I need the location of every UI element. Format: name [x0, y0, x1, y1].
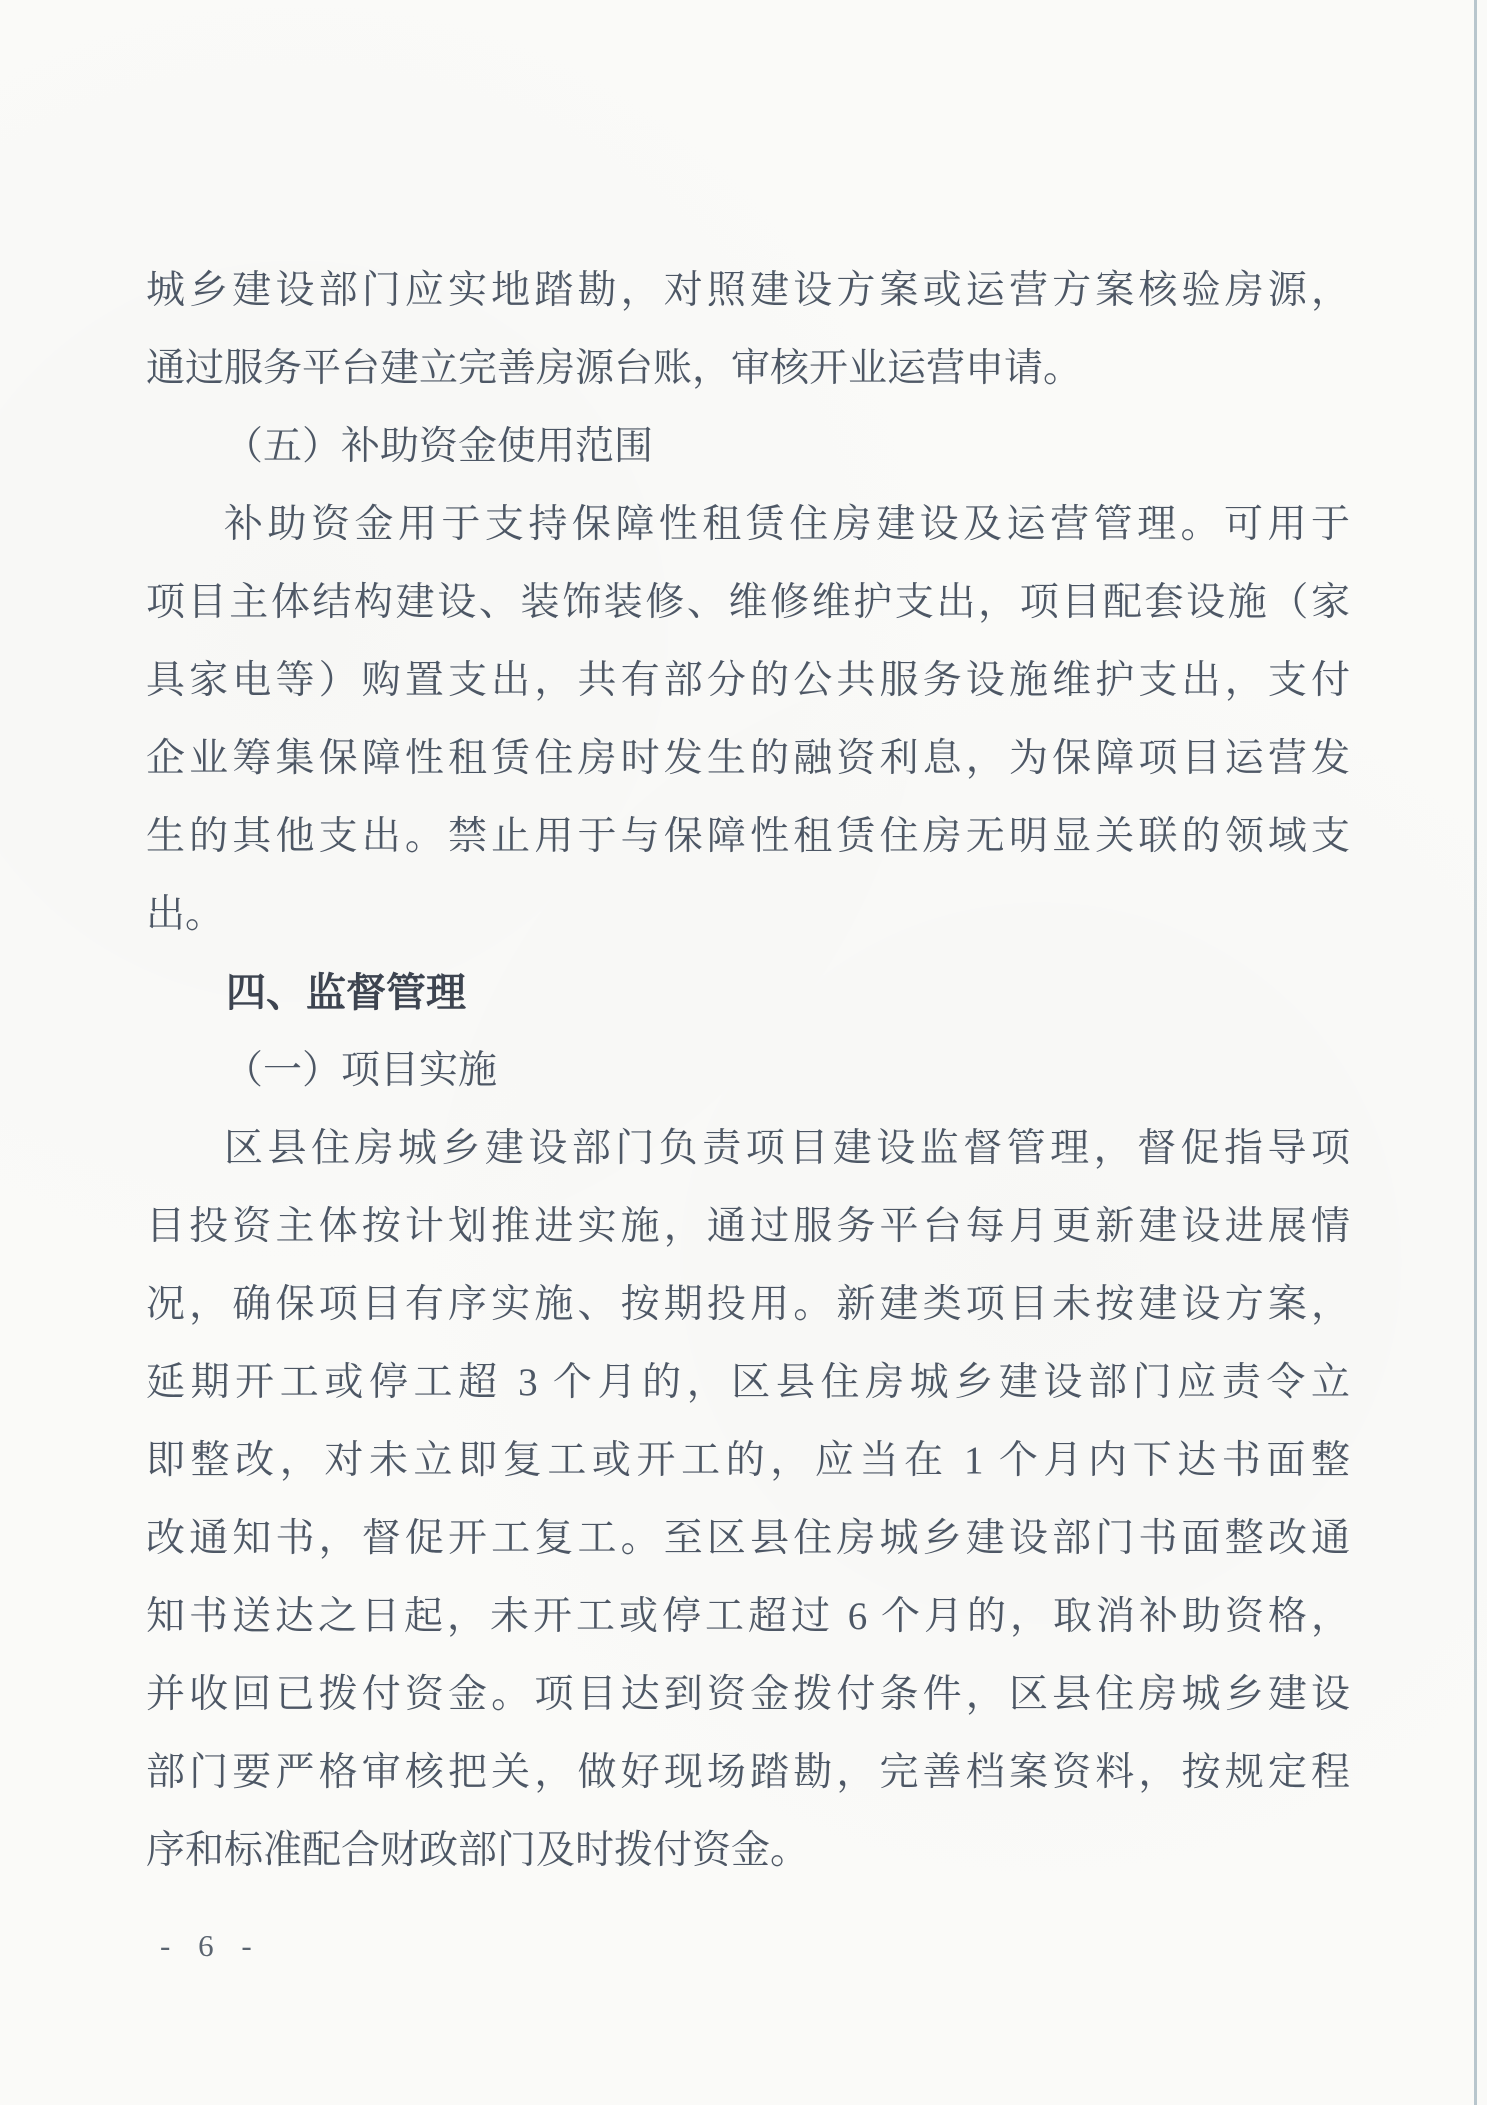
text-line: 项目主体结构建设、装饰装修、维修维护支出，项目配套设施（家 — [146, 564, 1350, 642]
document-text-block: 城乡建设部门应实地踏勘，对照建设方案或运营方案核验房源， 通过服务平台建立完善房… — [146, 252, 1350, 1890]
text-line: 区县住房城乡建设部门负责项目建设监督管理，督促指导项 — [146, 1110, 1350, 1188]
text-line: 目投资主体按计划推进实施，通过服务平台每月更新建设进展情 — [146, 1188, 1350, 1266]
scan-artifact-vertical-line — [1474, 0, 1477, 2105]
text-line: 况，确保项目有序实施、按期投用。新建类项目未按建设方案， — [146, 1266, 1350, 1344]
text-line: 改通知书，督促开工复工。至区县住房城乡建设部门书面整改通 — [146, 1500, 1350, 1578]
page-number: - 6 - — [160, 1928, 262, 1964]
text-line: 序和标准配合财政部门及时拨付资金。 — [146, 1812, 1350, 1890]
text-line: 知书送达之日起，未开工或停工超过 6 个月的，取消补助资格， — [146, 1578, 1350, 1656]
subheading-funding-scope: （五）补助资金使用范围 — [146, 408, 1350, 486]
text-line: 生的其他支出。禁止用于与保障性租赁住房无明显关联的领域支 — [146, 798, 1350, 876]
text-line: 即整改，对未立即复工或开工的，应当在 1 个月内下达书面整 — [146, 1422, 1350, 1500]
text-line: 城乡建设部门应实地踏勘，对照建设方案或运营方案核验房源， — [146, 252, 1350, 330]
subheading-project-implementation: （一）项目实施 — [146, 1032, 1350, 1110]
section-heading-supervision: 四、监督管理 — [146, 954, 1350, 1032]
scanned-document-page: 城乡建设部门应实地踏勘，对照建设方案或运营方案核验房源， 通过服务平台建立完善房… — [0, 0, 1487, 2105]
text-line: 补助资金用于支持保障性租赁住房建设及运营管理。可用于 — [146, 486, 1350, 564]
text-line: 延期开工或停工超 3 个月的，区县住房城乡建设部门应责令立 — [146, 1344, 1350, 1422]
text-line: 企业筹集保障性租赁住房时发生的融资利息，为保障项目运营发 — [146, 720, 1350, 798]
text-line: 部门要严格审核把关，做好现场踏勘，完善档案资料，按规定程 — [146, 1734, 1350, 1812]
text-line: 并收回已拨付资金。项目达到资金拨付条件，区县住房城乡建设 — [146, 1656, 1350, 1734]
text-line: 通过服务平台建立完善房源台账，审核开业运营申请。 — [146, 330, 1350, 408]
text-line: 出。 — [146, 876, 1350, 954]
text-line: 具家电等）购置支出，共有部分的公共服务设施维护支出，支付 — [146, 642, 1350, 720]
